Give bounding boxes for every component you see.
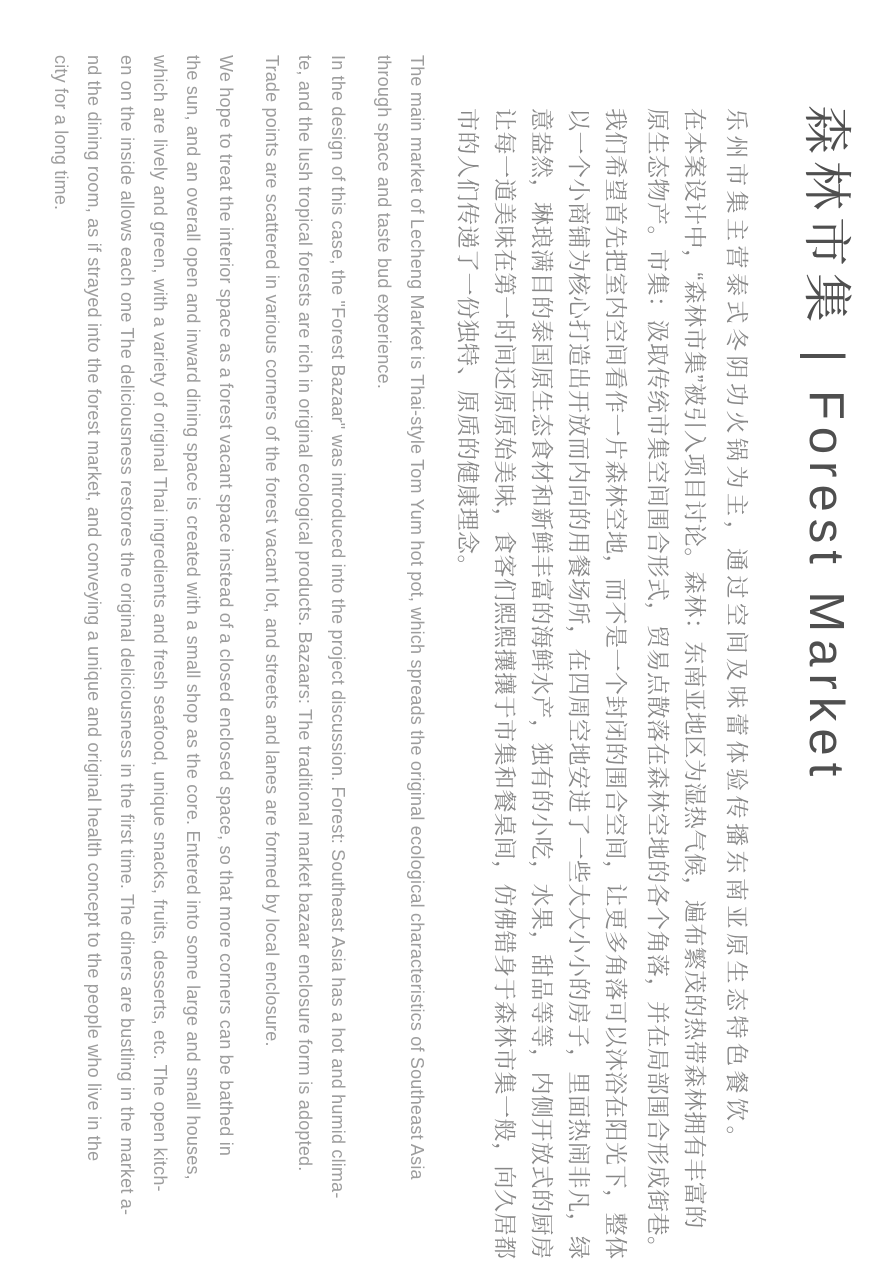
- article-canvas: 森林市集 | Forest Market 乐州市集主营泰式冬阴功火锅为主，通过空…: [0, 0, 893, 1280]
- zh-paragraph-1: 乐州市集主营泰式冬阴功火锅为主，通过空间及味蕾体验传播东南亚原生态特色餐饮。: [718, 108, 755, 1280]
- zh-text-line: 让每一道美味在第一时间还原原始美味，食客们熙熙攘攘于市集和餐桌间，仿佛错身于森林…: [486, 108, 523, 1280]
- zh-text-line: 原生态物产。市集：汲取传统市集空间围合形式，贸易点散落在森林空地的各个角落，并在…: [639, 108, 676, 1280]
- en-text-line: the sun, and an overall open and inward …: [176, 55, 209, 1280]
- zh-text-line: 市的人们传递了一份独特、原质的健康理念。: [449, 108, 486, 1280]
- en-paragraph-3: We hope to treat the interior space as a…: [44, 55, 242, 1280]
- rotated-article-page: 森林市集 | Forest Market 乐州市集主营泰式冬阴功火锅为主，通过空…: [0, 0, 893, 1280]
- zh-paragraph-2: 在本案设计中，“森林市集”被引入项目讨论。森林：东南亚地区为湿热气候，遍布繁茂的…: [639, 108, 713, 1280]
- chinese-text-block: 乐州市集主营泰式冬阴功火锅为主，通过空间及味蕾体验传播东南亚原生态特色餐饮。 在…: [449, 108, 755, 1280]
- zh-text-line: 在本案设计中，“森林市集”被引入项目讨论。森林：东南亚地区为湿热气候，遍布繁茂的…: [676, 108, 713, 1280]
- en-text-line: Trade points are scattered in various co…: [255, 55, 288, 1280]
- en-text-line: The main market of Lecheng Market is Tha…: [400, 55, 433, 1280]
- en-text-line: te, and the lush tropical forests are ri…: [288, 55, 321, 1280]
- english-text-block: The main market of Lecheng Market is Tha…: [44, 55, 433, 1280]
- en-paragraph-2: In the design of this case, the "Forest …: [255, 55, 354, 1280]
- en-text-line: city for a long time.: [44, 55, 77, 1280]
- en-text-line: which are lively and green, with a varie…: [143, 55, 176, 1280]
- zh-text-line: 我们希望首先把室内空间看作一片森林空地，而不是一个封闭的围合空间，让更多角落可以…: [597, 108, 634, 1280]
- en-paragraph-1: The main market of Lecheng Market is Tha…: [367, 55, 433, 1280]
- zh-paragraph-3: 我们希望首先把室内空间看作一片森林空地，而不是一个封闭的围合空间，让更多角落可以…: [449, 108, 634, 1280]
- page-title: 森林市集 | Forest Market: [797, 105, 855, 1280]
- en-text-line: en on the inside allows each one The del…: [110, 55, 143, 1280]
- zh-text-line: 意盎然，琳琅满目的泰国原生态食材和新鲜丰富的海鲜水产，独有的小吃，水果，甜品等等…: [523, 108, 560, 1280]
- zh-text-line: 乐州市集主营泰式冬阴功火锅为主，通过空间及味蕾体验传播东南亚原生态特色餐饮。: [718, 108, 755, 1280]
- en-text-line: nd the dining room, as if strayed into t…: [77, 55, 110, 1280]
- zh-text-line: 以一个小商铺为核心打造出开放而内向的用餐场所，在四周空地安进了一些大大小小的房子…: [560, 108, 597, 1280]
- en-text-line: through space and taste bud experience.: [367, 55, 400, 1280]
- en-text-line: In the design of this case, the "Forest …: [321, 55, 354, 1280]
- en-text-line: We hope to treat the interior space as a…: [209, 55, 242, 1280]
